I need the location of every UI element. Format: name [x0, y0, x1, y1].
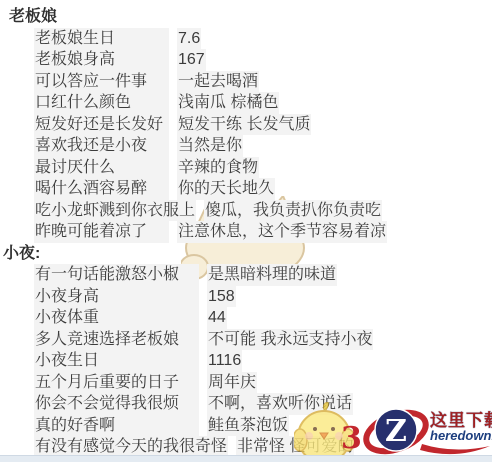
answer: 7.6 [177, 28, 201, 50]
qa-document: 老板娘 老板娘生日7.6 老板娘身高167 可以答应一件事一起去喝酒 口红什么颜… [0, 0, 492, 458]
qa-row: 昨晚可能着凉了注意休息，这个季节容易着凉 [0, 221, 492, 243]
question: 你会不会觉得我很烦 [34, 393, 199, 415]
qa-row: 老板娘生日7.6 [0, 28, 492, 50]
answer: 鲑鱼茶泡饭 [207, 415, 289, 437]
qa-row: 口红什么颜色浅南瓜 棕橘色 [0, 92, 492, 114]
qa-row: 短发好还是长发好短发干练 长发气质 [0, 114, 492, 136]
qa-row: 你会不会觉得我很烦不啊，喜欢听你说话 [0, 393, 492, 415]
qa-row: 老板娘身高167 [0, 49, 492, 71]
qa-row: 真的好香啊鲑鱼茶泡饭 [0, 415, 492, 437]
answer: 你的天长地久 [177, 178, 275, 200]
question: 吃小龙虾溅到你衣服上 [34, 200, 196, 222]
answer: 浅南瓜 棕橘色 [177, 92, 279, 114]
qa-row: 吃小龙虾溅到你衣服上傻瓜，我负责扒你负责吃 [0, 200, 492, 222]
qa-row: 小夜身高158 [0, 286, 492, 308]
question: 口红什么颜色 [34, 92, 169, 114]
answer: 是黑暗料理的味道 [207, 264, 337, 286]
question: 五个月后重要的日子 [34, 372, 199, 394]
qa-row: 有一句话能激怒小椒是黑暗料理的味道 [0, 264, 492, 286]
answer: 一起去喝酒 [177, 71, 259, 93]
answer: 短发干练 长发气质 [177, 114, 311, 136]
answer: 167 [177, 49, 206, 71]
question: 短发好还是长发好 [34, 114, 169, 136]
answer: 当然是你 [177, 135, 243, 157]
qa-row: 可以答应一件事一起去喝酒 [0, 71, 492, 93]
section-heading: 小夜: [0, 243, 492, 265]
section-heading: 老板娘 [0, 6, 492, 28]
question: 小夜体重 [34, 307, 199, 329]
qa-row: 喜欢我还是小夜当然是你 [0, 135, 492, 157]
qa-row: 五个月后重要的日子周年庆 [0, 372, 492, 394]
qa-row: 多人竞速选择老板娘不可能 我永远支持小夜 [0, 329, 492, 351]
question: 喜欢我还是小夜 [34, 135, 169, 157]
answer: 1116 [207, 350, 242, 372]
answer: 158 [207, 286, 236, 308]
answer: 不可能 我永远支持小夜 [207, 329, 373, 351]
qa-row: 喝什么酒容易醉你的天长地久 [0, 178, 492, 200]
question: 老板娘生日 [34, 28, 169, 50]
qa-row: 小夜生日1116 [0, 350, 492, 372]
answer: 不啊，喜欢听你说话 [207, 393, 353, 415]
qa-row: 最讨厌什么辛辣的食物 [0, 157, 492, 179]
question: 小夜生日 [34, 350, 199, 372]
question: 昨晚可能着凉了 [34, 221, 169, 243]
answer: 注意休息，这个季节容易着凉 [177, 221, 387, 243]
question: 真的好香啊 [34, 415, 199, 437]
question: 多人竞速选择老板娘 [34, 329, 199, 351]
answer: 辛辣的食物 [177, 157, 259, 179]
question: 可以答应一件事 [34, 71, 169, 93]
qa-row: 小夜体重44 [0, 307, 492, 329]
answer: 周年庆 [207, 372, 257, 394]
question: 小夜身高 [34, 286, 199, 308]
window-bottom-edge [0, 455, 492, 462]
question: 有一句话能激怒小椒 [34, 264, 199, 286]
question: 最讨厌什么 [34, 157, 169, 179]
answer: 傻瓜，我负责扒你负责吃 [204, 200, 382, 222]
question: 喝什么酒容易醉 [34, 178, 169, 200]
answer: 44 [207, 307, 227, 329]
question: 老板娘身高 [34, 49, 169, 71]
